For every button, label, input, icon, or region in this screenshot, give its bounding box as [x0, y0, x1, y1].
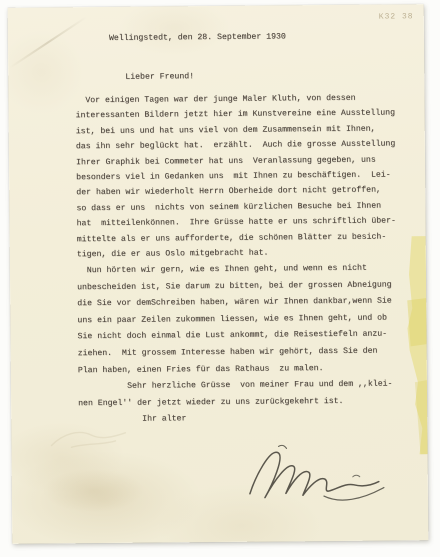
pencil-scribble: [41, 415, 151, 460]
body-line: mittelte als er uns aufforderte, die sch…: [77, 229, 396, 247]
dateline: Wellingstedt, den 28. September 1930: [109, 32, 286, 43]
paper-crease: [9, 16, 87, 68]
paper-smudge: [26, 458, 177, 529]
salutation: Lieber Freund!: [125, 72, 194, 82]
tape-stain: [394, 232, 428, 456]
archival-mark: K32 38: [379, 12, 414, 21]
letter-page: K32 38 Wellingstedt, den 28. September 1…: [8, 4, 429, 544]
handwritten-signature: [233, 436, 402, 515]
letter-paragraph-1: Vor einigen Tagen war der junge Maler Kl…: [75, 90, 396, 262]
body-line: ziehen. Mit grossem Interesse haben wir …: [78, 343, 393, 362]
body-line: Sehr herzliche Grüsse von meiner Frau un…: [78, 377, 393, 396]
body-line: tigen, die er aus Oslo mitgebracht hat.: [77, 244, 396, 262]
letter-paragraph-2: Nun hörten wir gern, wie es Ihnen geht, …: [77, 260, 393, 429]
